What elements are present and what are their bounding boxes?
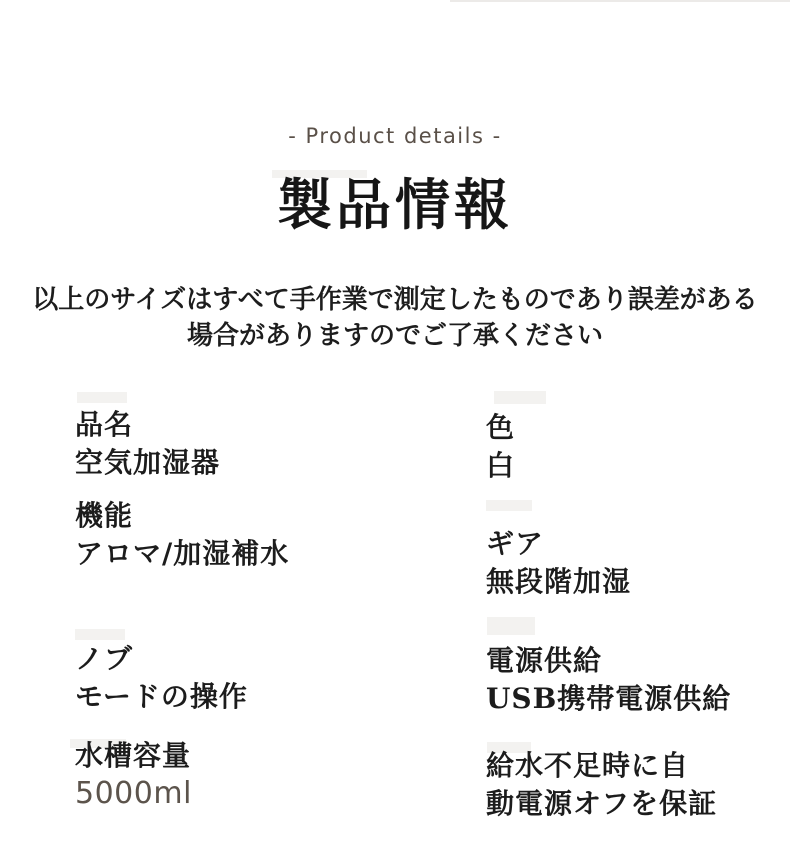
spec-color: 色 白 <box>486 409 515 485</box>
spec-value: 空気加湿器 <box>75 444 220 482</box>
artifact-patch <box>77 392 127 403</box>
artifact-patch <box>494 391 546 404</box>
spec-value: モードの操作 <box>75 678 248 716</box>
page-title: 製品情報 <box>0 172 790 238</box>
top-edge-divider <box>450 0 790 2</box>
spec-function: 機能 アロマ/加湿補水 <box>75 497 289 573</box>
section-subtitle: - Product details - <box>0 124 790 148</box>
spec-auto-off-note: 給水不足時に自 動電源オフを保証 <box>486 747 717 823</box>
spec-value: 無段階加湿 <box>486 563 631 601</box>
artifact-patch <box>75 629 125 640</box>
product-details-page: - Product details - 製品情報 以上のサイズはすべて手作業で測… <box>0 0 790 858</box>
spec-label: 機能 <box>75 497 289 535</box>
spec-label: 水槽容量 <box>75 737 192 775</box>
spec-value: アロマ/加湿補水 <box>75 535 289 573</box>
disclaimer-line-1: 以上のサイズはすべて手作業で測定したものであり誤差がある <box>0 282 790 318</box>
note-line-1: 給水不足時に自 <box>486 747 717 785</box>
disclaimer-line-2: 場合がありますのでご了承ください <box>0 318 790 354</box>
spec-label: ノブ <box>75 640 248 678</box>
spec-product-name: 品名 空気加湿器 <box>75 406 220 482</box>
note-line-2: 動電源オフを保証 <box>486 785 717 823</box>
spec-value: 5000ml <box>75 775 192 813</box>
spec-gear: ギア 無段階加湿 <box>486 525 631 601</box>
spec-label: ギア <box>486 525 631 563</box>
artifact-patch <box>486 500 532 511</box>
spec-value: USB携帯電源供給 <box>486 680 731 718</box>
spec-label: 色 <box>486 409 515 447</box>
spec-power-supply: 電源供給 USB携帯電源供給 <box>486 642 731 718</box>
size-disclaimer: 以上のサイズはすべて手作業で測定したものであり誤差がある 場合がありますのでご了… <box>0 282 790 354</box>
spec-label: 電源供給 <box>486 642 731 680</box>
spec-value: 白 <box>486 447 515 485</box>
spec-tank-capacity: 水槽容量 5000ml <box>75 737 192 813</box>
artifact-patch <box>487 617 535 635</box>
spec-label: 品名 <box>75 406 220 444</box>
spec-knob: ノブ モードの操作 <box>75 640 248 716</box>
